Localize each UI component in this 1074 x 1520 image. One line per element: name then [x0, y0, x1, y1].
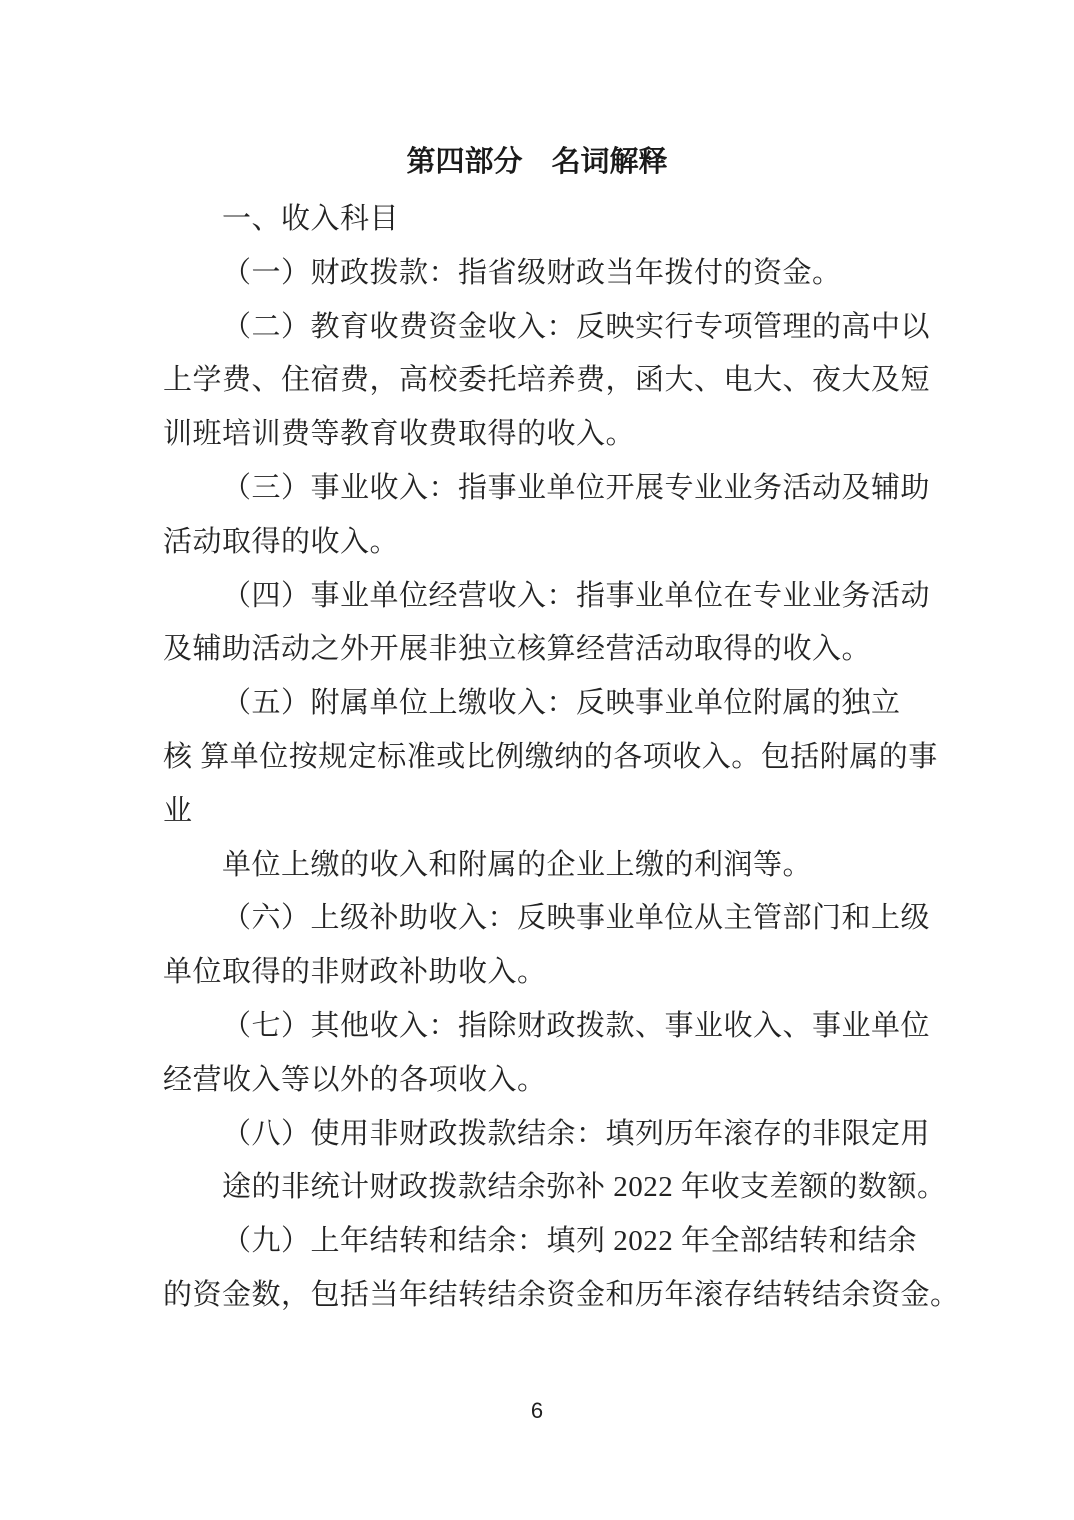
document-body: 一、收入科目（一）财政拨款：指省级财政当年拨付的资金。（二）教育收费资金收入：反…: [163, 193, 983, 1323]
document-line: 训班培训费等教育收费取得的收入。: [163, 408, 983, 462]
document-line: 业: [163, 785, 983, 839]
document-line: 的资金数，包括当年结转结余资金和历年滚存结转结余资金。: [163, 1269, 983, 1323]
document-line: （二）教育收费资金收入：反映实行专项管理的高中以: [163, 301, 983, 355]
document-line: （九）上年结转和结余：填列 2022 年全部结转和结余: [163, 1215, 983, 1269]
document-line: 单位取得的非财政补助收入。: [163, 946, 983, 1000]
document-page: 第四部分 名词解释 一、收入科目（一）财政拨款：指省级财政当年拨付的资金。（二）…: [0, 0, 1074, 1520]
document-line: （五）附属单位上缴收入：反映事业单位附属的独立: [163, 677, 983, 731]
document-line: 上学费、住宿费，高校委托培养费，函大、电大、夜大及短: [163, 354, 983, 408]
document-line: （六）上级补助收入：反映事业单位从主管部门和上级: [163, 892, 983, 946]
document-line: （三）事业收入：指事业单位开展专业业务活动及辅助: [163, 462, 983, 516]
document-title: 第四部分 名词解释: [0, 139, 1074, 180]
page-number: 6: [0, 1398, 1074, 1424]
document-line: 途的非统计财政拨款结余弥补 2022 年收支差额的数额。: [163, 1161, 983, 1215]
document-line: （八）使用非财政拨款结余：填列历年滚存的非限定用: [163, 1108, 983, 1162]
document-line: 单位上缴的收入和附属的企业上缴的利润等。: [163, 839, 983, 893]
document-line: （一）财政拨款：指省级财政当年拨付的资金。: [163, 247, 983, 301]
document-line: 活动取得的收入。: [163, 516, 983, 570]
document-line: （七）其他收入：指除财政拨款、事业收入、事业单位: [163, 1000, 983, 1054]
document-line: 及辅助活动之外开展非独立核算经营活动取得的收入。: [163, 623, 983, 677]
document-line: 一、收入科目: [163, 193, 983, 247]
document-line: （四）事业单位经营收入：指事业单位在专业业务活动: [163, 570, 983, 624]
document-line: 经营收入等以外的各项收入。: [163, 1054, 983, 1108]
document-line: 核 算单位按规定标准或比例缴纳的各项收入。包括附属的事: [163, 731, 983, 785]
